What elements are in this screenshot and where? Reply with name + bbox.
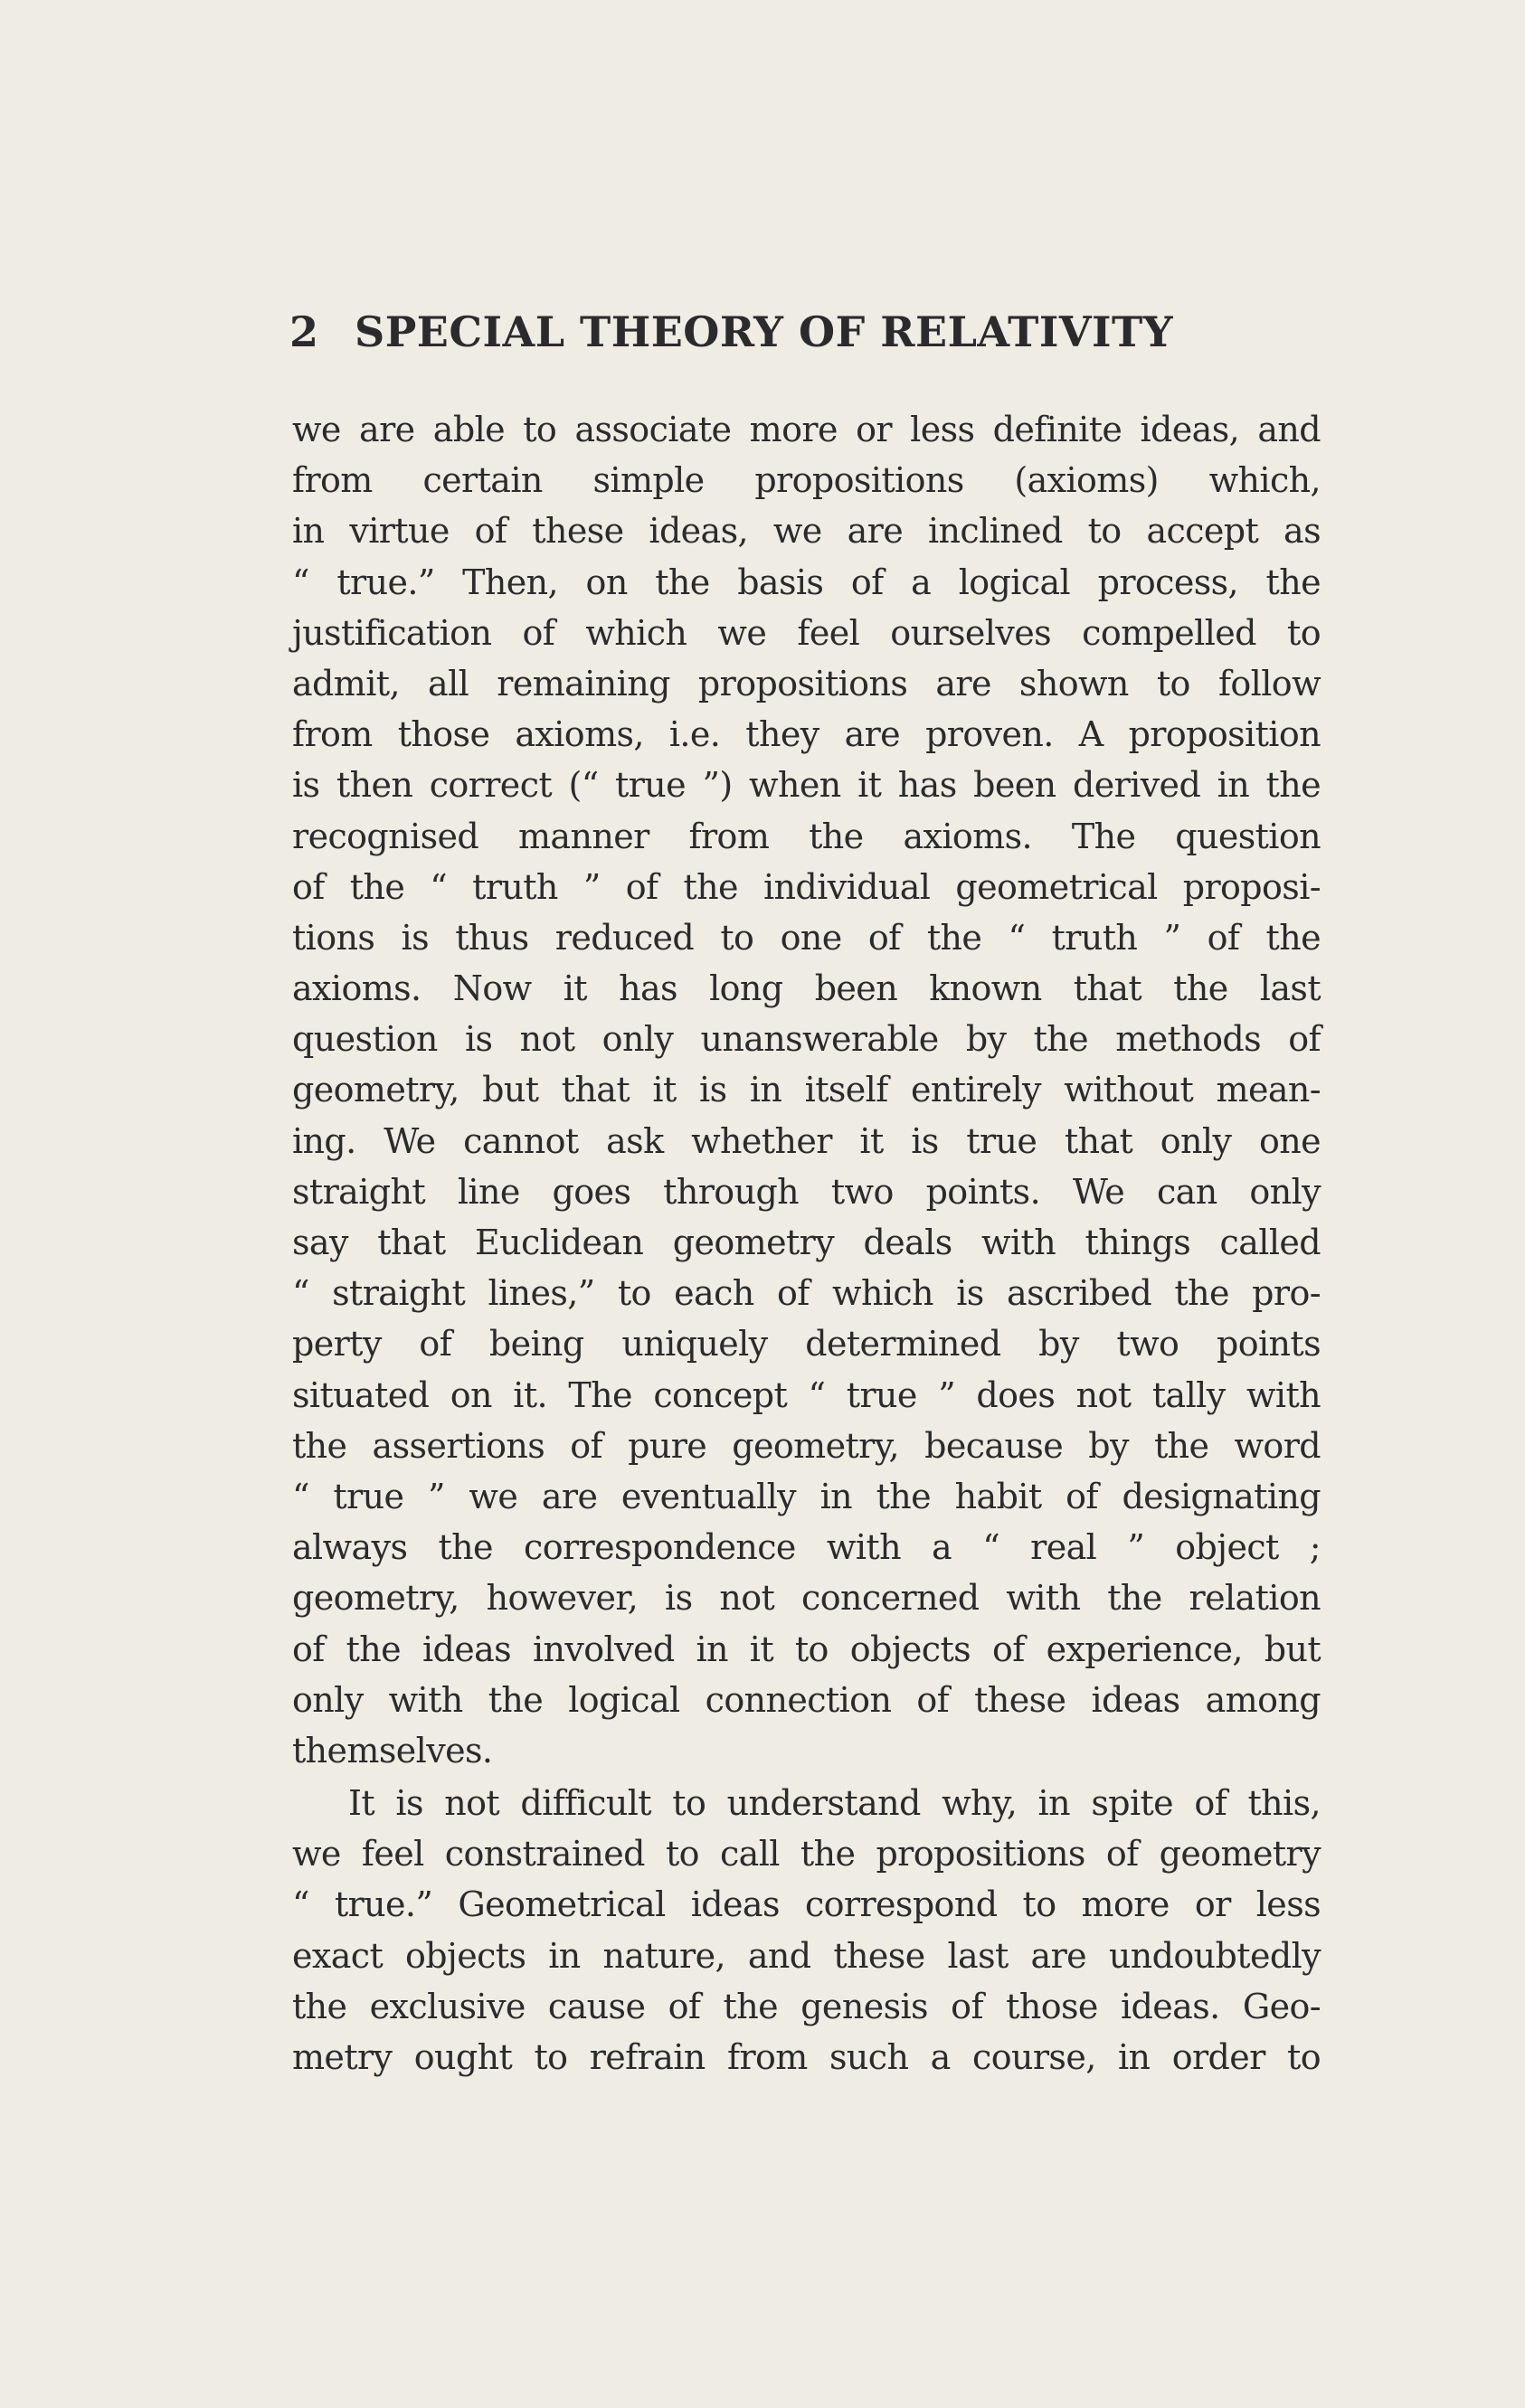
text-line: recognised manner from the axioms. The q…	[292, 811, 1321, 862]
text-line: “ straight lines,” to each of which is a…	[292, 1268, 1321, 1318]
text-line: from certain simple propositions (axioms…	[292, 455, 1321, 505]
running-head-title: SPECIAL THEORY OF RELATIVITY	[355, 307, 1173, 356]
text-line: of the ideas involved in it to objects o…	[292, 1624, 1321, 1675]
text-line: the exclusive cause of the genesis of th…	[292, 1981, 1321, 2032]
text-line: is then correct (“ true ”) when it has b…	[292, 760, 1321, 810]
paragraph-2: It is not difficult to understand why, i…	[292, 1778, 1321, 2082]
text-line: in virtue of these ideas, we are incline…	[292, 505, 1321, 556]
text-line: straight line goes through two points. W…	[292, 1166, 1321, 1217]
text-line: geometry, but that it is in itself entir…	[292, 1064, 1321, 1115]
text-line: “ true.” Then, on the basis of a logical…	[292, 557, 1321, 608]
text-line: exact objects in nature, and these last …	[292, 1931, 1321, 1981]
text-line: axioms. Now it has long been known that …	[292, 963, 1321, 1014]
text-line: geometry, however, is not concerned with…	[292, 1572, 1321, 1623]
text-line: the assertions of pure geometry, because…	[292, 1421, 1321, 1471]
text-line: we feel constrained to call the proposit…	[292, 1828, 1321, 1879]
text-line: of the “ truth ” of the individual geome…	[292, 862, 1321, 912]
text-line: admit, all remaining propositions are sh…	[292, 658, 1321, 709]
text-line: say that Euclidean geometry deals with t…	[292, 1217, 1321, 1268]
body-text: we are able to associate more or less de…	[292, 404, 1321, 2082]
text-line: ing. We cannot ask whether it is true th…	[292, 1116, 1321, 1166]
running-head: 2SPECIAL THEORY OF RELATIVITY	[289, 307, 1321, 356]
page-number: 2	[289, 307, 355, 356]
text-line: “ true.” Geometrical ideas correspond to…	[292, 1879, 1321, 1930]
text-line: question is not only unanswerable by the…	[292, 1014, 1321, 1064]
text-line: metry ought to refrain from such a cours…	[292, 2032, 1321, 2082]
text-line: always the correspondence with a “ real …	[292, 1522, 1321, 1572]
text-line: perty of being uniquely determined by tw…	[292, 1318, 1321, 1369]
text-line: we are able to associate more or less de…	[292, 404, 1321, 455]
text-line: situated on it. The concept “ true ” doe…	[292, 1370, 1321, 1421]
text-line: justification of which we feel ourselves…	[292, 608, 1321, 658]
text-line: It is not difficult to understand why, i…	[292, 1778, 1321, 1828]
text-line: from those axioms, i.e. they are proven.…	[292, 709, 1321, 760]
text-line: tions is thus reduced to one of the “ tr…	[292, 912, 1321, 963]
paragraph-1: we are able to associate more or less de…	[292, 404, 1321, 1776]
text-line: “ true ” we are eventually in the habit …	[292, 1471, 1321, 1522]
text-line: only with the logical connection of thes…	[292, 1675, 1321, 1725]
text-line: themselves.	[292, 1725, 1321, 1776]
